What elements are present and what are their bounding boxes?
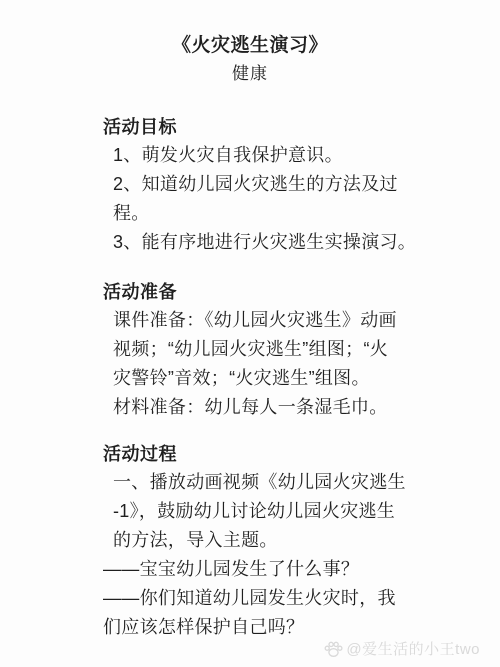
watermark: @爱生活的小王two xyxy=(324,638,480,659)
goal-line: 2、知道幼儿园火灾逃生的方法及过 xyxy=(103,170,440,199)
preparation-line-continuation: 视频；“幼儿园火灾逃生”组图；“火 xyxy=(103,335,440,364)
section-activity-process: 活动过程 一、播放动画视频《幼儿园火灾逃生 -1》，鼓励幼儿讨论幼儿园火灾逃生 … xyxy=(0,440,500,642)
process-line-continuation: 的方法，导入主题。 xyxy=(103,526,440,555)
section-activity-goals: 活动目标 1、萌发火灾自我保护意识。 2、知道幼儿园火灾逃生的方法及过 程。 3… xyxy=(0,113,500,257)
process-question-line: ——宝宝幼儿园发生了什么事？ xyxy=(103,555,440,584)
watermark-text: @爱生活的小王two xyxy=(346,638,480,659)
goal-line: 1、萌发火灾自我保护意识。 xyxy=(103,141,440,170)
document-title: 《火灾逃生演习》 xyxy=(0,32,500,60)
preparation-line: 课件准备：《幼儿园火灾逃生》动画 xyxy=(103,306,440,335)
preparation-line-continuation: 灾警铃”音效；“火灾逃生”组图。 xyxy=(103,364,440,393)
document-header: 《火灾逃生演习》 健康 xyxy=(0,32,500,88)
document-page: 《火灾逃生演习》 健康 活动目标 1、萌发火灾自我保护意识。 2、知道幼儿园火灾… xyxy=(0,0,500,667)
preparation-line: 材料准备：幼儿每人一条湿毛巾。 xyxy=(103,393,440,422)
goal-line-continuation: 程。 xyxy=(103,199,440,228)
goal-line: 3、能有序地进行火灾逃生实操演习。 xyxy=(103,228,440,257)
section-heading: 活动准备 xyxy=(103,278,440,306)
section-activity-preparation: 活动准备 课件准备：《幼儿园火灾逃生》动画 视频；“幼儿园火灾逃生”组图；“火 … xyxy=(0,278,500,422)
process-line: 一、播放动画视频《幼儿园火灾逃生 xyxy=(103,468,440,497)
process-question-line: ——你们知道幼儿园发生火灾时，我 xyxy=(103,584,440,613)
section-heading: 活动目标 xyxy=(103,113,440,141)
paw-icon xyxy=(324,640,343,658)
process-line-continuation: -1》，鼓励幼儿讨论幼儿园火灾逃生 xyxy=(103,497,440,526)
document-subtitle: 健康 xyxy=(0,60,500,88)
section-heading: 活动过程 xyxy=(103,440,440,468)
